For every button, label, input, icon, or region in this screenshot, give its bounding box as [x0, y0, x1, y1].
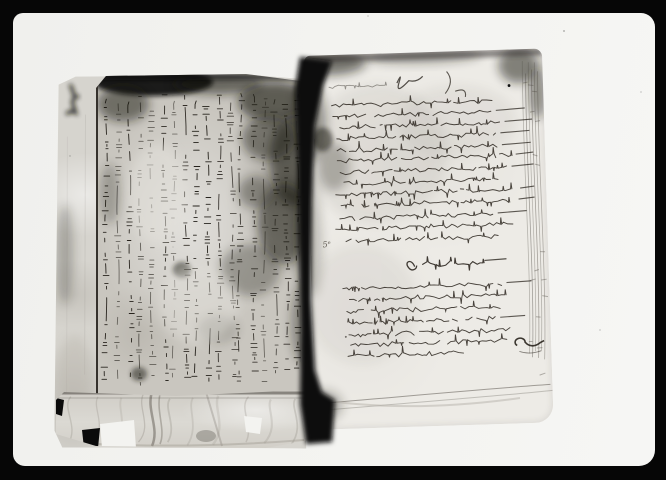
binding-strip-wrinkles — [56, 390, 310, 448]
left-folio-binding-strip — [56, 390, 310, 448]
right-folio-ink: 5ᵉ — [304, 49, 554, 430]
left-folio-page — [96, 74, 310, 396]
margin-mark: 5ᵉ — [322, 239, 331, 249]
archive-photo: 5ᵉ — [0, 0, 666, 480]
left-folio-ink — [98, 74, 310, 396]
right-folio-page: 5ᵉ — [304, 49, 554, 430]
